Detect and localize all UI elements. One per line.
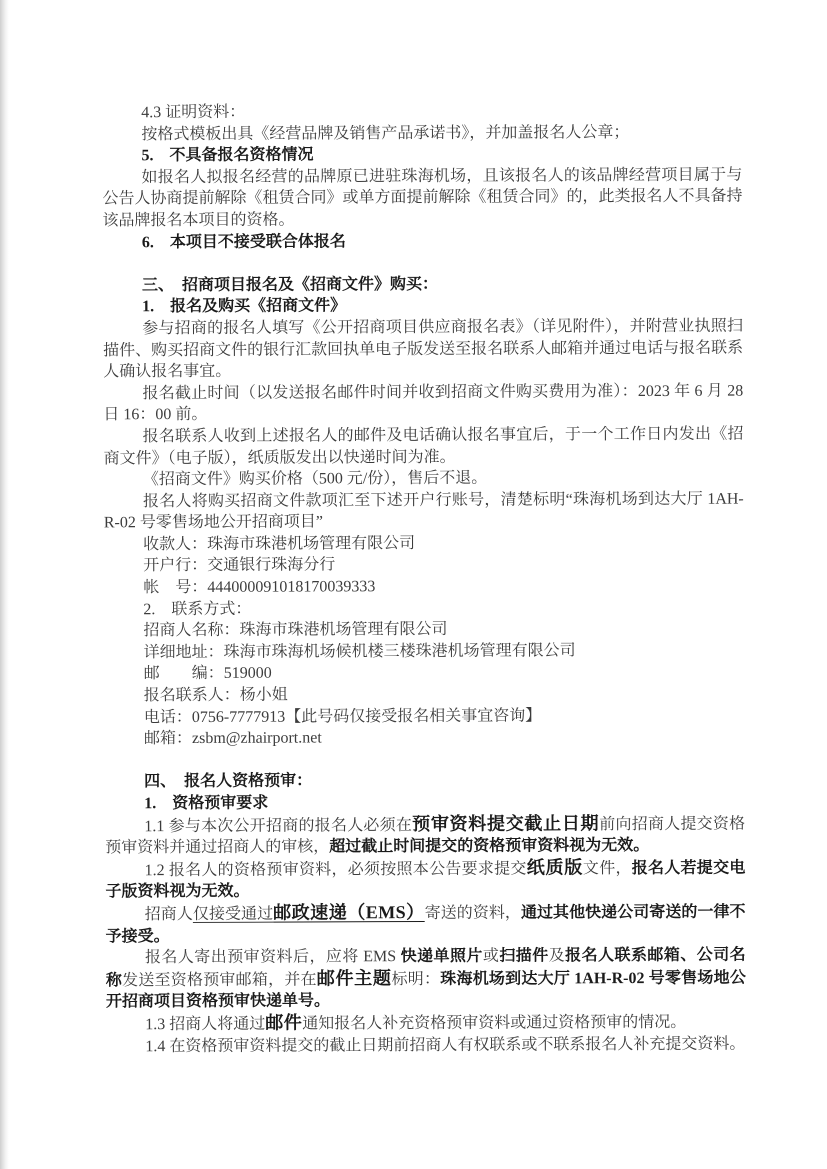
clause-4-3-body: 按格式模板出具《经营品牌及销售产品承诺书》，并加盖报名人公章； (102, 121, 742, 145)
text-run: 及 (549, 948, 566, 965)
emphasis-text-run: 预审资料提交截止日期 (412, 813, 599, 834)
section-3-heading: 三、 招商项目报名及《招商文件》购买： (103, 272, 743, 296)
section-3-item-2-heading: 2. 联系方式： (104, 596, 744, 620)
emphasis-text-run: 6. 本项目不接受联合体报名 (142, 233, 346, 251)
text-run: 邮 编：519000 (144, 665, 272, 683)
registration-deadline: 报名截止时间（以发送报名邮件时间并收到招商文件购买费用为准）：2023 年 6 … (103, 380, 743, 426)
clause-1-3: 1.3 招商人将通过邮件通知报名人补充资格预审资料或通过资格预审的情况。 (106, 1011, 746, 1036)
text-run: 参与招商的报名人填写《公开招商项目供应商报名表》（详见附件），并附营业执照扫描件… (103, 318, 743, 381)
blank-line (103, 251, 743, 275)
clause-1-2: 1.2 报名人的资格预审资料，必须按照本公告要求提交纸质版文件，报名人若提交电子… (105, 856, 745, 903)
emphasis-text-run: 1. 资格预审要求 (144, 795, 268, 813)
text-run: 按格式模板出具《经营品牌及销售产品承诺书》，并加盖报名人公章； (141, 124, 629, 143)
text-run: 招商人名称：珠海市珠港机场管理有限公司 (143, 621, 447, 639)
text-run: 招商人 (145, 906, 193, 923)
clause-5-body: 如报名人拟报名经营的品牌原已进驻珠海机场，且该报名人的该品牌经营项目属于与公告人… (102, 164, 742, 232)
text-run: 报名人寄出预审资料后，应将 EMS (145, 948, 401, 966)
text-run: 报名截止时间（以发送报名邮件时间并收到招商文件购买费用为准）：2023 年 6 … (103, 382, 743, 423)
scanned-document-page: 4.3 证明资料：按格式模板出具《经营品牌及销售产品承诺书》，并加盖报名人公章；… (0, 0, 827, 1169)
document-content: 4.3 证明资料：按格式模板出具《经营品牌及销售产品承诺书》，并加盖报名人公章；… (102, 100, 746, 1058)
emphasis-text-run: 邮件 (265, 1012, 302, 1032)
clause-6-heading: 6. 本项目不接受联合体报名 (103, 229, 743, 253)
clause-5-heading: 5. 不具备报名资格情况 (102, 143, 742, 167)
emphasis-text-run: 1. 报名及购买《招商文件》 (142, 298, 346, 316)
clause-1-1: 1.1 参与本次公开招商的报名人必须在预审资料提交截止日期前向招商人提交资格预审… (105, 812, 745, 859)
text-run: 1.4 在资格预审资料提交的截止日期前招商人有权联系或不联系报名人补充提交资料。 (145, 1035, 745, 1055)
emphasis-text-run: 邮件主题 (317, 968, 392, 988)
clause-4-3-label: 4.3 证明资料： (102, 100, 742, 124)
text-run: 或 (483, 948, 500, 965)
section-4-heading: 四、 报名人资格预审： (105, 769, 745, 793)
payee-line: 收款人：珠海市珠港机场管理有限公司 (104, 531, 744, 555)
blank-line (105, 747, 745, 771)
emphasis-text-run: 5. 不具备报名资格情况 (141, 147, 313, 165)
address-line: 详细地址：珠海市珠海机场候机楼三楼珠港机场管理有限公司 (104, 639, 744, 663)
text-run: 标明： (392, 971, 441, 988)
emphasis-text-run: 邮政速递（EMS） (273, 902, 425, 923)
text-run: 发送至资格预审邮箱，并在 (122, 971, 317, 989)
text-run: 收款人：珠海市珠港机场管理有限公司 (143, 535, 415, 553)
text-run: 1.1 参与本次公开招商的报名人必须在 (144, 817, 412, 835)
text-run: 开户行：交通银行珠海分行 (143, 557, 335, 575)
section-4-item-1-heading: 1. 资格预审要求 (105, 791, 745, 815)
ems-only-clause: 招商人仅接受通过邮政速递（EMS）寄送的资料，通过其他快递公司寄送的一律不予接受… (105, 901, 745, 948)
document-issue-note: 报名联系人收到上述报名人的邮件及电话确认报名事宜后，于一个工作日内发出《招商文件… (103, 424, 743, 470)
clause-1-4: 1.4 在资格预审资料提交的截止日期前招商人有权联系或不联系报名人补充提交资料。 (106, 1033, 746, 1057)
text-run: 报名联系人：杨小姐 (144, 687, 288, 705)
registration-procedure: 参与招商的报名人填写《公开招商项目供应商报名表》（详见附件），并附营业执照扫描件… (103, 316, 743, 384)
text-run: 邮箱：zsbm@zhairport.net (144, 730, 322, 748)
text-run: 寄送的资料， (425, 905, 521, 922)
text-run: 电话：0756-7777913【此号码仅接受报名相关事宜咨询】 (144, 707, 541, 726)
text-run: 文件， (583, 860, 632, 877)
emphasis-text-run: 仅接受通过 (193, 906, 273, 923)
email-line: 邮箱：zsbm@zhairport.net (105, 726, 745, 750)
text-run: 报名联系人收到上述报名人的邮件及电话确认报名事宜后，于一个工作日内发出《招商文件… (104, 426, 744, 467)
section-3-item-1-heading: 1. 报名及购买《招商文件》 (103, 294, 743, 318)
text-run: 《招商文件》购买价格（500 元/份），售后不退。 (143, 470, 488, 489)
phone-line: 电话：0756-7777913【此号码仅接受报名相关事宜咨询】 (105, 704, 745, 728)
text-run: 帐 号：444000091018170039333 (143, 578, 375, 596)
account-line: 帐 号：444000091018170039333 (104, 575, 744, 599)
text-run: 如报名人拟报名经营的品牌原已进驻珠海机场，且该报名人的该品牌经营项目属于与公告人… (102, 166, 742, 229)
text-run: 2. 联系方式： (143, 600, 251, 617)
postcode-line: 邮 编：519000 (104, 661, 744, 685)
emphasis-text-run: 纸质版 (527, 857, 583, 877)
contact-person-line: 报名联系人：杨小姐 (105, 683, 745, 707)
text-run: 报名人将购买招商文件款项汇至下述开户行账号，清楚标明“珠海机场到达大厅 1AH-… (104, 490, 744, 531)
emphasis-text-run: 扫描件 (499, 948, 548, 965)
emphasis-text-run: 三、 招商项目报名及《招商文件》购买： (142, 276, 438, 294)
ems-mail-subject-clause: 报名人寄出预审资料后，应将 EMS 快递单照片或扫描件及报名人联系邮箱、公司名称… (106, 945, 746, 1014)
emphasis-text-run: 四、 报名人资格预审： (144, 773, 312, 791)
text-run: 详细地址：珠海市珠海机场候机楼三楼珠港机场管理有限公司 (144, 642, 576, 661)
payment-instruction: 报名人将购买招商文件款项汇至下述开户行账号，清楚标明“珠海机场到达大厅 1AH-… (104, 488, 744, 534)
text-run: 通知报名人补充资格预审资料或通过资格预审的情况。 (302, 1014, 686, 1033)
merchant-name-line: 招商人名称：珠海市珠港机场管理有限公司 (104, 618, 744, 642)
text-run: 4.3 证明资料： (141, 104, 245, 121)
document-price: 《招商文件》购买价格（500 元/份），售后不退。 (104, 467, 744, 491)
scan-edge-left (0, 0, 9, 1169)
text-run: 1.2 报名人的资格预审资料，必须按照本公告要求提交 (145, 860, 527, 879)
bank-line: 开户行：交通银行珠海分行 (104, 553, 744, 577)
emphasis-text-run: 快递单照片 (401, 948, 483, 965)
text-run: 1.3 招商人将通过 (145, 1016, 265, 1034)
emphasis-text-run: 超过截止时间提交的资格预审资料视为无效。 (329, 837, 649, 855)
